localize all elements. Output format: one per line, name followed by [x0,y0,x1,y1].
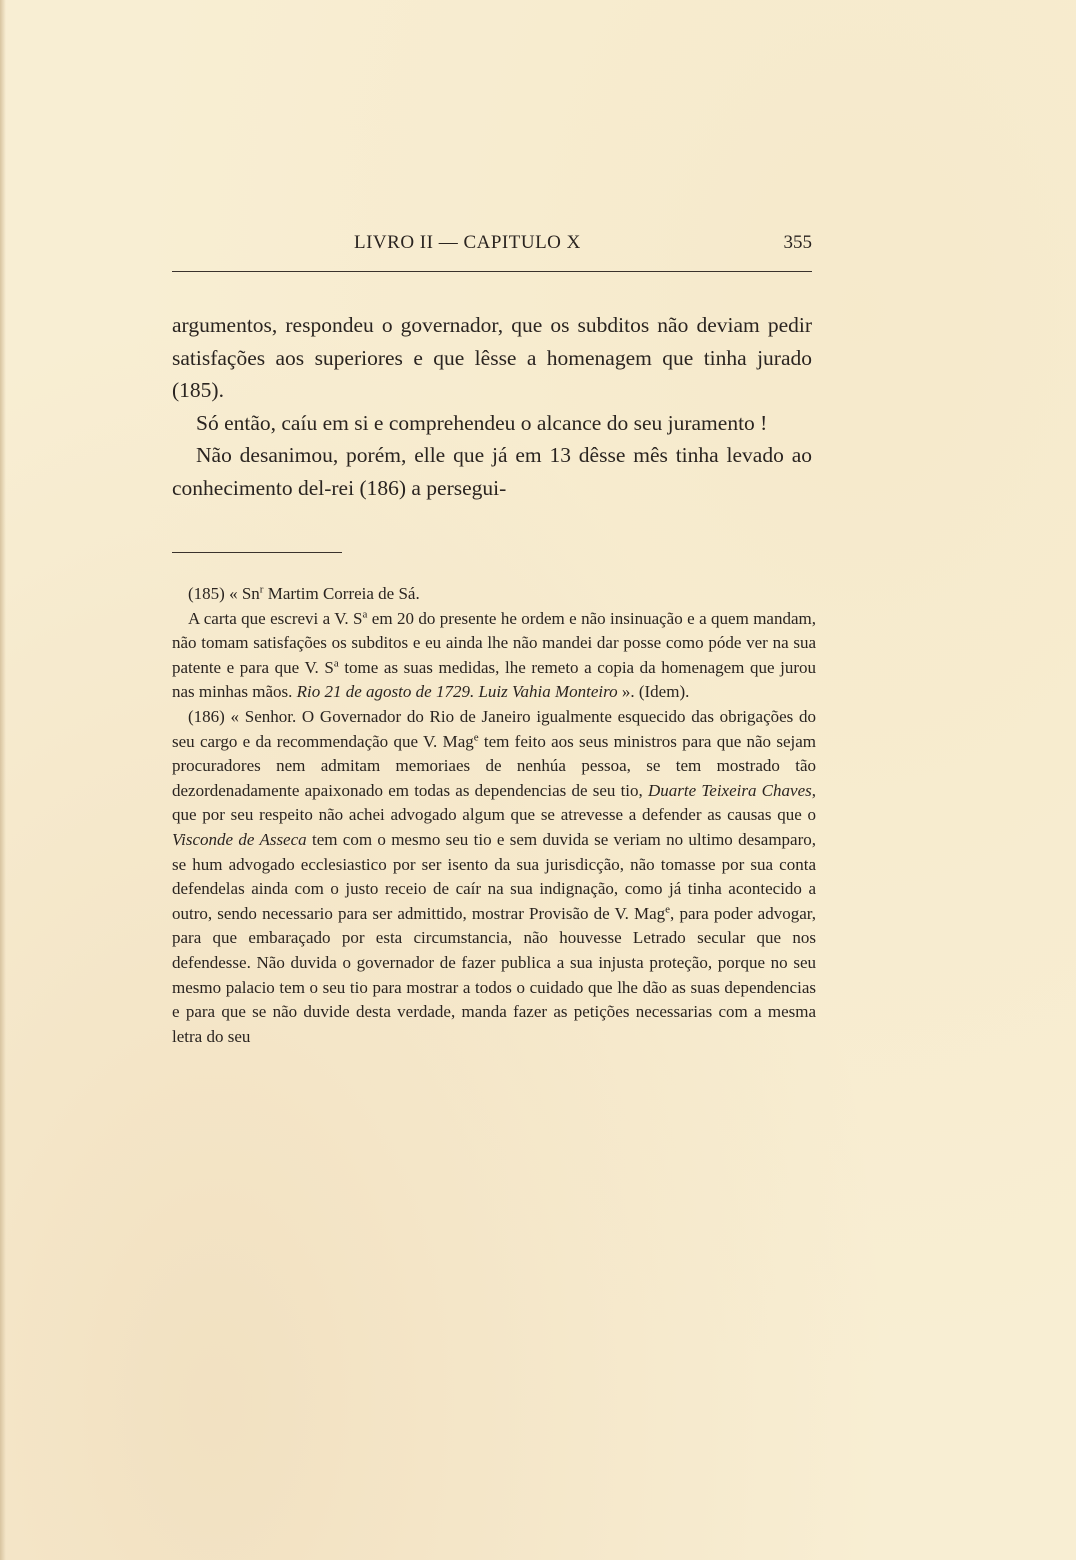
page-number: 355 [784,232,813,254]
person-name: Visconde de Asseca [172,830,307,849]
running-title: LIVRO II — CAPITULO X [354,232,581,254]
signature: Rio 21 de agosto de 1729. Luiz Vahia Mon… [297,682,618,701]
footnote-separator [172,552,342,553]
footnote-186: (186) « Senhor. O Governador do Rio de J… [172,705,816,1049]
footnotes: (185) « Snr Martim Correia de Sá. A cart… [172,582,816,1049]
page-edge [0,0,6,1560]
footnote-185-body: A carta que escrevi a V. Sa em 20 do pre… [172,607,816,705]
paragraph: argumentos, respondeu o governador, que … [172,309,812,407]
person-name: Duarte Teixeira Chaves [648,781,812,800]
footnote-marker: (186) [188,707,225,726]
book-page: LIVRO II — CAPITULO X 355 argumentos, re… [0,0,1076,1560]
paragraph: Só então, caíu em si e comprehendeu o al… [172,407,812,440]
footnote-marker: (185) [188,584,225,603]
footnote-185-heading: (185) « Snr Martim Correia de Sá. [172,582,816,607]
running-header: LIVRO II — CAPITULO X 355 [172,232,812,258]
paragraph: Não desanimou, porém, elle que já em 13 … [172,439,812,504]
main-text: argumentos, respondeu o governador, que … [172,309,812,504]
header-rule [172,271,812,272]
